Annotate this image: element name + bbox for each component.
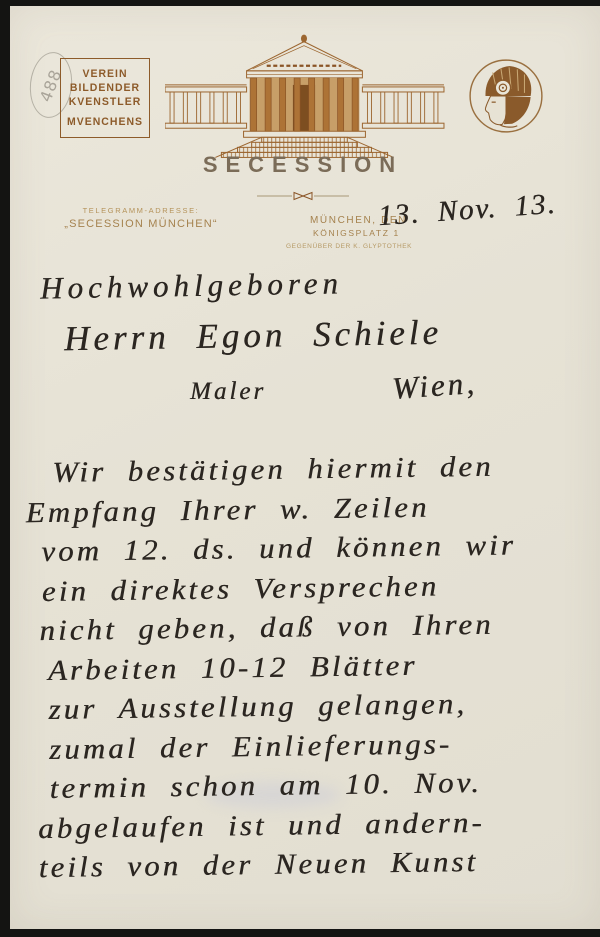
bowtie-divider-icon <box>257 190 349 202</box>
body-line: zumal der Einlieferungs- <box>49 727 519 773</box>
handwritten-city: Wien, <box>391 365 478 407</box>
letter-paper: 488 VEREIN BILDENDER KVENSTLER MVENCHENS <box>10 6 600 929</box>
athena-head-medallion-icon <box>466 56 546 136</box>
body-line: termin schon am 10. Nov. <box>49 766 519 812</box>
handwritten-recipient: Herrn Egon Schiele <box>64 313 443 360</box>
secession-title: SECESSION <box>10 152 596 178</box>
body-line: zur Ausstellung gelangen, <box>48 687 518 733</box>
body-line: vom 12. ds. und können wir <box>41 529 516 575</box>
body-line: Empfang Ihrer w. Zeilen <box>26 490 517 536</box>
handwritten-profession: Maler <box>190 378 266 406</box>
handwritten-date: 13. Nov. 13. <box>377 188 558 233</box>
member-box-line: BILDENDER <box>61 81 149 96</box>
telegram-address-block: TELEGRAMM-ADRESSE: „SECESSION MÜNCHEN“ <box>56 206 226 230</box>
letter-body: Wir bestätigen hiermit den Empfang Ihrer… <box>25 451 494 892</box>
member-box-line: VEREIN <box>61 67 149 82</box>
scan-background: 488 VEREIN BILDENDER KVENSTLER MVENCHENS <box>0 0 600 937</box>
handwritten-salutation: Hochwohlgeboren <box>40 265 343 306</box>
body-line: teils von der Neuen Kunst <box>39 845 522 891</box>
body-line: abgelaufen ist und andern- <box>38 806 521 852</box>
body-line: nicht geben, daß von Ihren <box>39 608 517 654</box>
location-note: GEGENÜBER DER K. GLYPTOTHEK <box>286 243 412 250</box>
body-line: Wir bestätigen hiermit den <box>52 450 514 496</box>
member-box-line: MVENCHENS <box>61 115 149 130</box>
member-box-line: KVENSTLER <box>61 95 149 110</box>
telegram-label: TELEGRAMM-ADRESSE: <box>56 206 226 215</box>
body-line: Arbeiten 10-12 Blätter <box>48 648 518 694</box>
telegram-value: „SECESSION MÜNCHEN“ <box>56 218 226 230</box>
propylaea-temple-icon <box>165 32 447 160</box>
body-line: ein direktes Versprechen <box>42 569 517 615</box>
member-association-box: VEREIN BILDENDER KVENSTLER MVENCHENS <box>60 58 150 138</box>
